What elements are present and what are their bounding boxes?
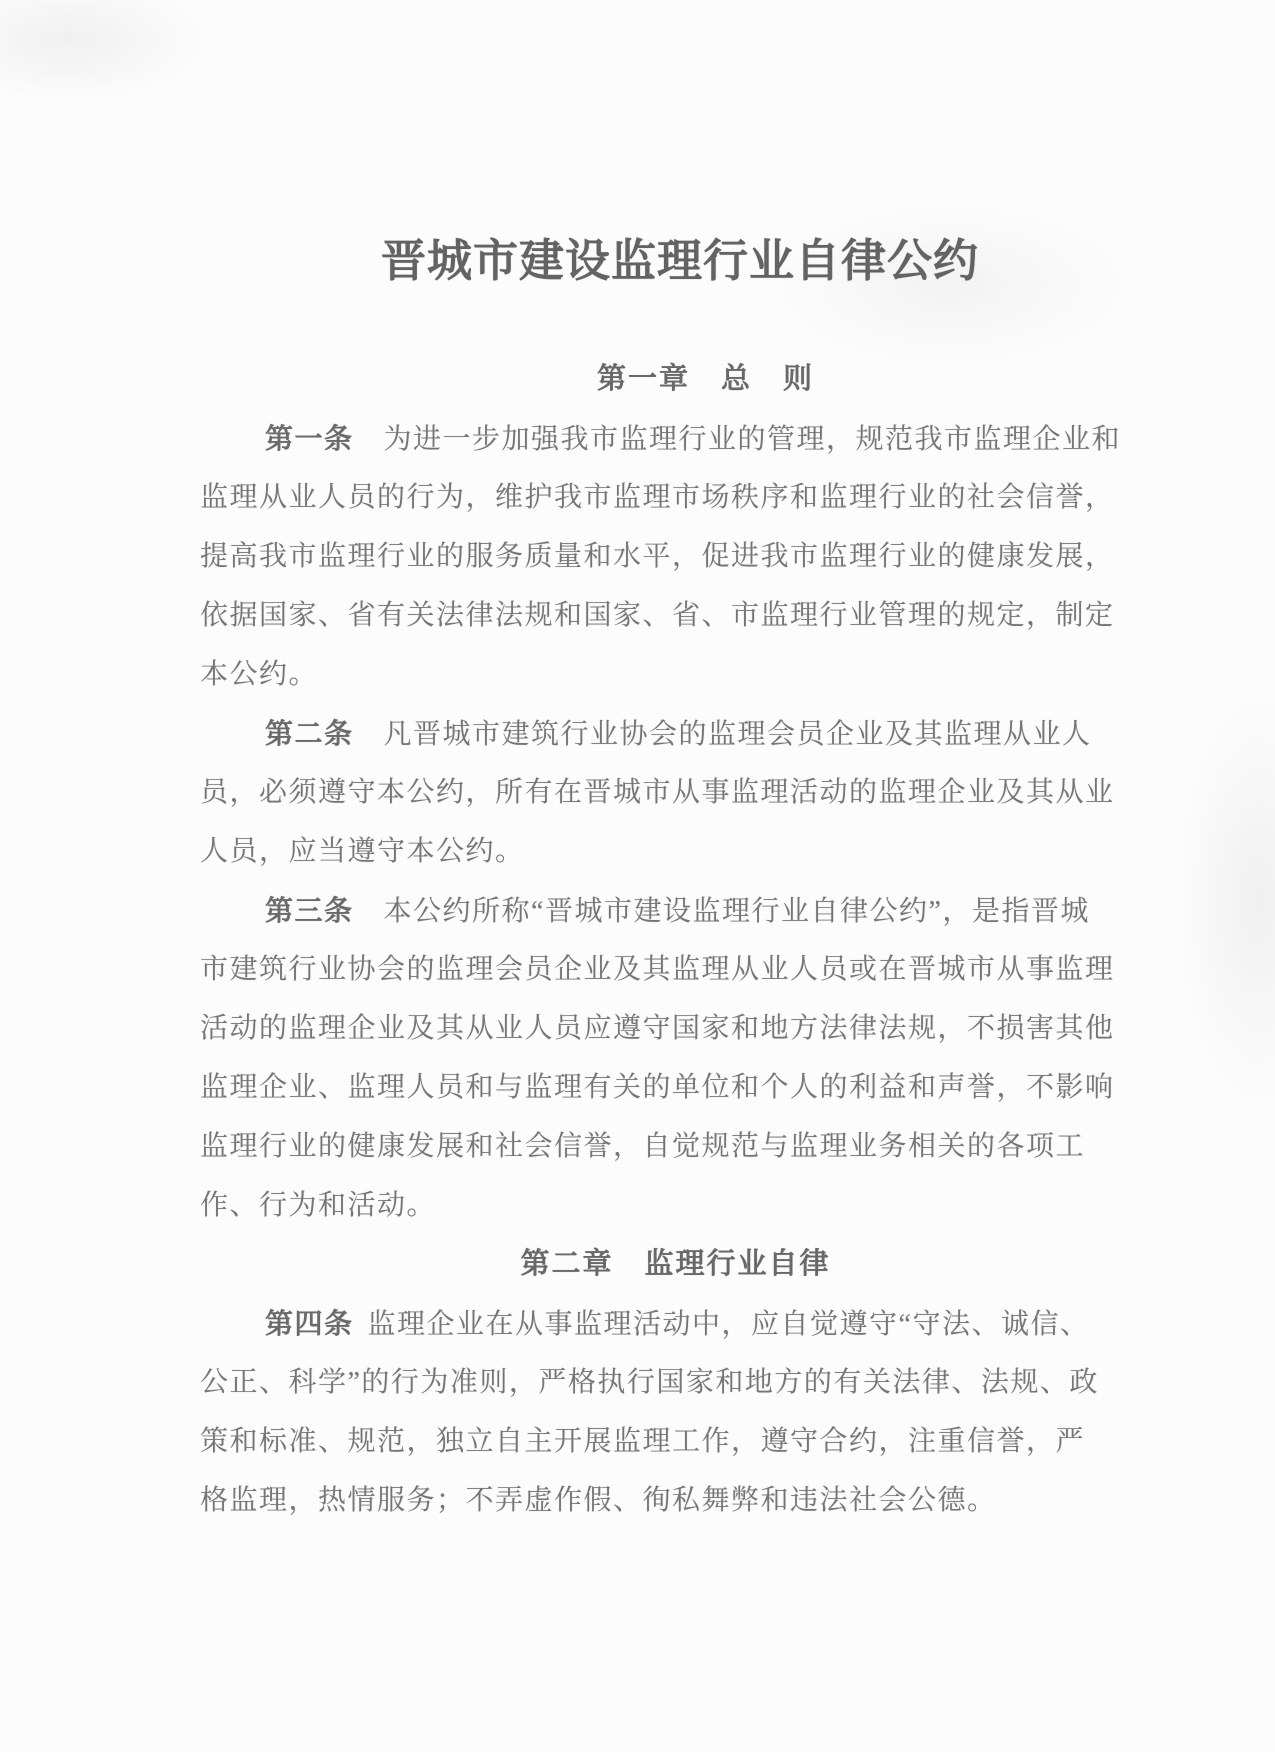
article-1-line-4: 依据国家、省有关法律法规和国家、省、市监理行业管理的规定，制定 [200, 586, 1115, 645]
article-2-line-1: 第二条凡晋城市建筑行业协会的监理会员企业及其监理从业人 [200, 704, 1115, 763]
document-body: 第一章 总 则 第一条为进一步加强我市监理行业的管理，规范我市监理企业和 监理从… [200, 350, 1115, 1530]
scanned-document-page: 晋城市建设监理行业自律公约 第一章 总 则 第一条为进一步加强我市监理行业的管理… [0, 0, 1275, 1752]
article-4-line-1: 第四条监理企业在从事监理活动中，应自觉遵守“守法、诚信、 [200, 1294, 1115, 1353]
article-4-line-2: 公正、科学”的行为准则，严格执行国家和地方的有关法律、法规、政 [200, 1353, 1115, 1412]
chapter-2-heading: 第二章 监理行业自律 [200, 1235, 1115, 1294]
article-3-line-4: 监理企业、监理人员和与监理有关的单位和个人的利益和声誉，不影响 [200, 1058, 1115, 1117]
article-3-line-3: 活动的监理企业及其从业人员应遵守国家和地方法律法规，不损害其他 [200, 999, 1115, 1058]
article-1-line-1: 第一条为进一步加强我市监理行业的管理，规范我市监理企业和 [200, 409, 1115, 468]
article-1-first-text: 为进一步加强我市监理行业的管理，规范我市监理企业和 [384, 424, 1122, 455]
article-3-first-text: 本公约所称“晋城市建设监理行业自律公约”，是指晋城 [384, 896, 1090, 927]
article-3-label: 第三条 [265, 895, 354, 926]
article-2-line-3: 人员，应当遵守本公约。 [200, 822, 1115, 881]
chapter-1-heading: 第一章 总 则 [200, 350, 1115, 409]
document-title: 晋城市建设监理行业自律公约 [381, 236, 979, 286]
article-4-label: 第四条 [265, 1308, 354, 1339]
article-3-line-5: 监理行业的健康发展和社会信誉，自觉规范与监理业务相关的各项工 [200, 1117, 1115, 1176]
article-1-line-3: 提高我市监理行业的服务质量和水平，促进我市监理行业的健康发展， [200, 527, 1115, 586]
article-2-label: 第二条 [265, 718, 354, 749]
article-1-line-2: 监理从业人员的行为，维护我市监理市场秩序和监理行业的社会信誉， [200, 468, 1115, 527]
article-3-line-2: 市建筑行业协会的监理会员企业及其监理从业人员或在晋城市从事监理 [200, 940, 1115, 999]
article-4-first-text: 监理企业在从事监理活动中，应自觉遵守“守法、诚信、 [368, 1309, 1090, 1340]
article-3-line-6: 作、行为和活动。 [200, 1176, 1115, 1235]
article-2-first-text: 凡晋城市建筑行业协会的监理会员企业及其监理从业人 [384, 719, 1092, 750]
article-1-line-5: 本公约。 [200, 645, 1115, 704]
article-1-label: 第一条 [265, 423, 354, 454]
article-2-line-2: 员，必须遵守本公约，所有在晋城市从事监理活动的监理企业及其从业 [200, 763, 1115, 822]
article-4-line-3: 策和标准、规范，独立自主开展监理工作，遵守合约，注重信誉，严 [200, 1412, 1115, 1471]
article-3-line-1: 第三条本公约所称“晋城市建设监理行业自律公约”，是指晋城 [200, 881, 1115, 940]
article-4-line-4: 格监理，热情服务；不弄虚作假、徇私舞弊和违法社会公德。 [200, 1471, 1115, 1530]
